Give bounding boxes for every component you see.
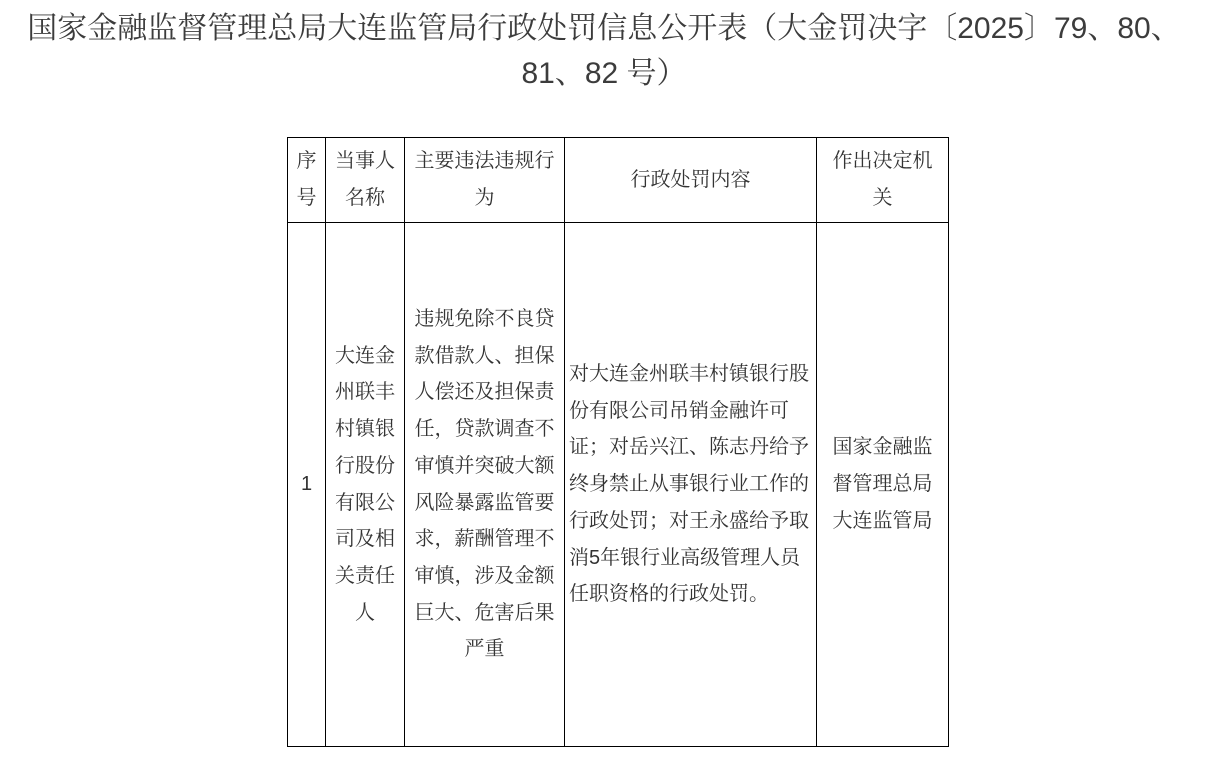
- penalty-table: 序 号 当事人 名称 主要违法违规行 为 行政处罚内容 作出决定机 关 1 大连…: [287, 137, 949, 747]
- column-header-penalty: 行政处罚内容: [565, 138, 817, 223]
- cell-seq-number: 1: [288, 223, 326, 747]
- table-row: 1 大连金 州联丰 村镇银 行股份 有限公 司及相 关责任 人 违规免除不良贷 …: [288, 223, 949, 747]
- table-header-row: 序 号 当事人 名称 主要违法违规行 为 行政处罚内容 作出决定机 关: [288, 138, 949, 223]
- page-title: 国家金融监督管理总局大连监管局行政处罚信息公开表（大金罚决字〔2025〕79、8…: [10, 6, 1198, 96]
- cell-deciding-authority: 国家金融监 督管理总局 大连监管局: [817, 223, 949, 747]
- cell-party-name: 大连金 州联丰 村镇银 行股份 有限公 司及相 关责任 人: [326, 223, 405, 747]
- cell-penalty-content: 对大连金州联丰村镇银行股 份有限公司吊销金融许可 证；对岳兴江、陈志丹给予 终身…: [565, 223, 817, 747]
- column-header-authority: 作出决定机 关: [817, 138, 949, 223]
- cell-violation-description: 违规免除不良贷 款借款人、担保 人偿还及担保责 任，贷款调查不 审慎并突破大额 …: [405, 223, 565, 747]
- column-header-party: 当事人 名称: [326, 138, 405, 223]
- column-header-seq: 序 号: [288, 138, 326, 223]
- column-header-violation: 主要违法违规行 为: [405, 138, 565, 223]
